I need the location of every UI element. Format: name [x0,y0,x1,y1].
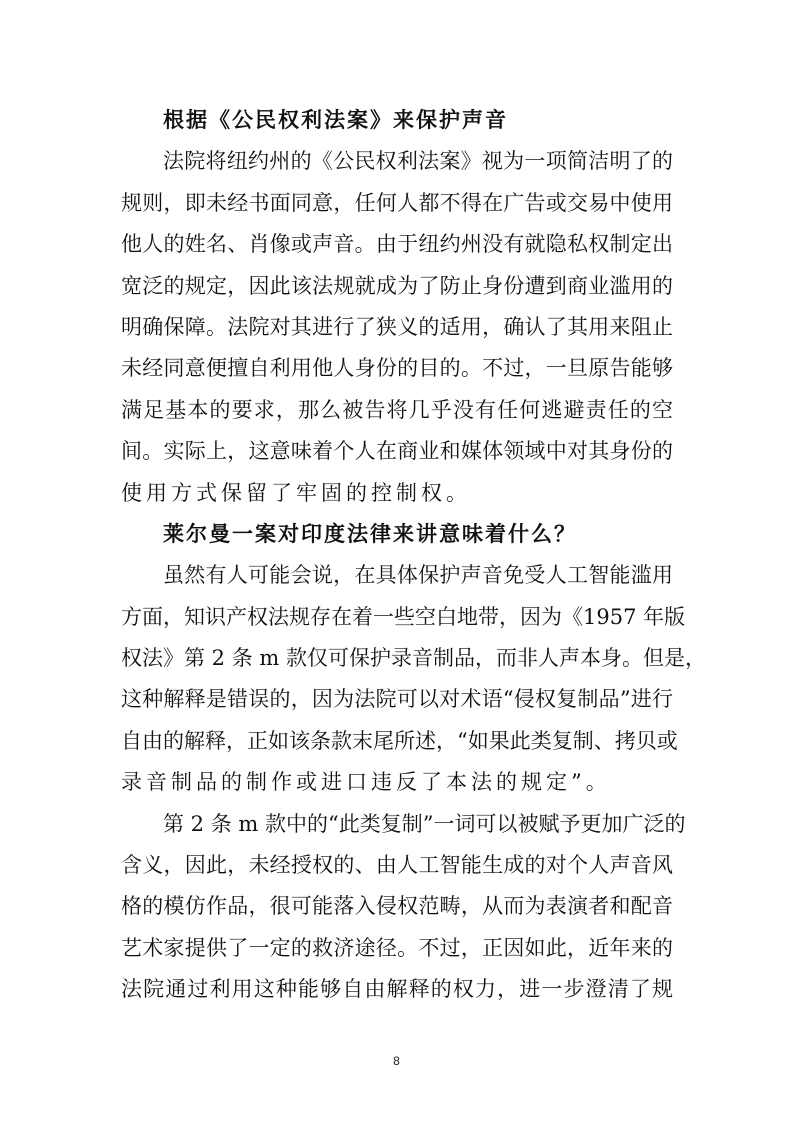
text-line: 他人的姓名、肖像或声音。由于纽约州没有就隐私权制定出 [121,224,673,265]
text-line: 间。实际上，这意味着个人在商业和媒体领域中对其身份的 [121,431,673,472]
text-line: 自由的解释，正如该条款末尾所述，“如果此类复制、拷贝或 [121,721,673,762]
text-line: 方面，知识产权法规存在着一些空白地带，因为《1957 年版 [121,597,673,638]
text-line: 宽泛的规定，因此该法规就成为了防止身份遭到商业滥用的 [121,266,673,307]
text-line: 法院通过利用这种能够自由解释的权力，进一步澄清了规 [121,969,673,1010]
section-heading: 莱尔曼一案对印度法律来讲意味着什么？ [121,514,673,555]
text-line: 法院将纽约州的《公民权利法案》视为一项简洁明了的 [121,141,673,182]
paragraph: 虽然有人可能会说，在具体保护声音免受人工智能滥用 方面，知识产权法规存在着一些空… [121,555,673,803]
paragraph: 法院将纽约州的《公民权利法案》视为一项简洁明了的 规则，即未经书面同意，任何人都… [121,141,673,514]
text-line: 明确保障。法院对其进行了狭义的适用，确认了其用来阻止 [121,307,673,348]
text-line: 录音制品的制作或进口违反了本法的规定”。 [121,762,673,803]
text-line: 这种解释是错误的，因为法院可以对术语“侵权复制品”进行 [121,679,673,720]
text-line: 格的模仿作品，很可能落入侵权范畴，从而为表演者和配音 [121,886,673,927]
section-heading: 根据《公民权利法案》来保护声音 [121,100,673,141]
text-line: 规则，即未经书面同意，任何人都不得在广告或交易中使用 [121,183,673,224]
text-line: 未经同意便擅自利用他人身份的目的。不过，一旦原告能够 [121,348,673,389]
text-line: 满足基本的要求，那么被告将几乎没有任何逃避责任的空 [121,390,673,431]
text-line: 权法》第 2 条 m 款仅可保护录音制品，而非人声本身。但是， [121,638,673,679]
text-line: 艺术家提供了一定的救济途径。不过，正因如此，近年来的 [121,928,673,969]
text-line: 含义，因此，未经授权的、由人工智能生成的对个人声音风 [121,845,673,886]
text-line: 虽然有人可能会说，在具体保护声音免受人工智能滥用 [121,555,673,596]
text-line: 第 2 条 m 款中的“此类复制”一词可以被赋予更加广泛的 [121,804,673,845]
paragraph: 第 2 条 m 款中的“此类复制”一词可以被赋予更加广泛的 含义，因此，未经授权… [121,804,673,1011]
page-number: 8 [0,1054,793,1068]
document-page: 根据《公民权利法案》来保护声音 法院将纽约州的《公民权利法案》视为一项简洁明了的… [121,100,673,1011]
text-line: 使用方式保留了牢固的控制权。 [121,473,673,514]
